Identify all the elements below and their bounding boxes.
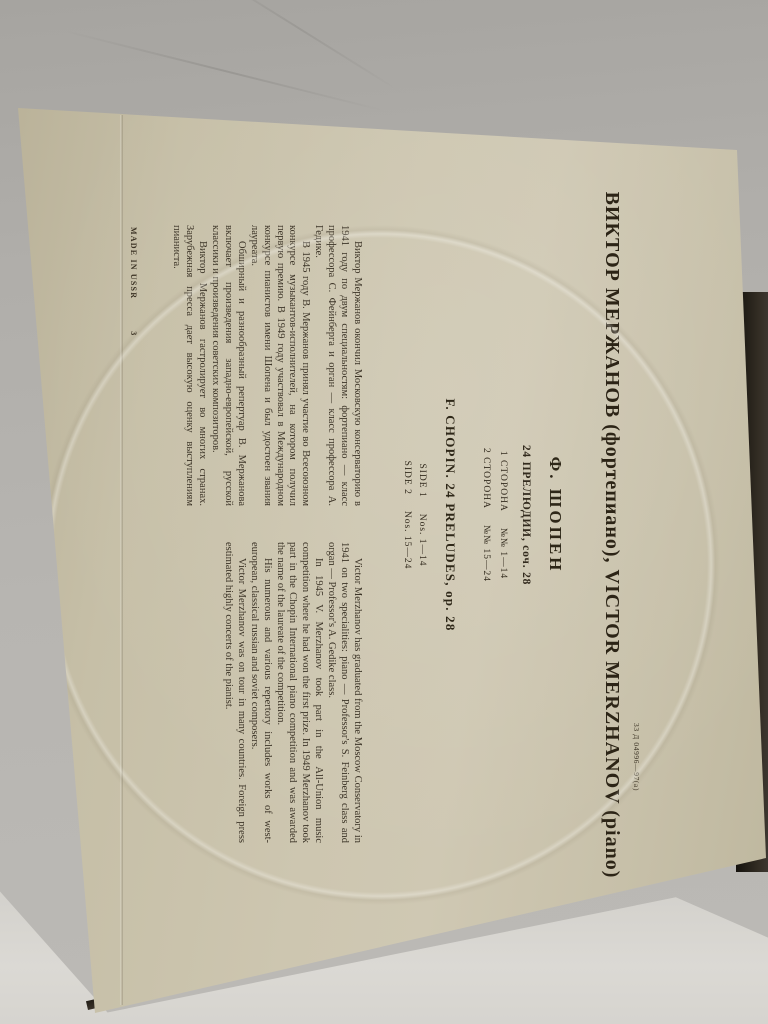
side1-row-russian: 1 СТОРОНА№№ 1—14 (498, 115, 508, 915)
made-in-ussr-imprint: MADE IN USSR3 (129, 227, 138, 336)
side1-label-russian: 1 СТОРОНА (498, 451, 508, 512)
liner-notes-paragraph: Victor Merzhanov was on tour in many cou… (221, 542, 247, 843)
side2-label-russian: 2 СТОРОНА (481, 448, 491, 509)
liner-notes-paragraph: His numerous and various repertory inclu… (247, 542, 273, 843)
background-crease (198, 0, 403, 93)
side2-label-english: SIDE 2 (402, 461, 412, 495)
liner-notes-english: Victor Merzhanov has graduated from the … (169, 542, 363, 843)
liner-notes: Виктор Мержанов окончил Московскую консе… (169, 225, 363, 843)
flap-fold-crease (120, 115, 123, 1005)
photo-of-record-sleeve: ВИКТОР МЕРЖАНОВ (фортепиано), VICTOR MER… (0, 0, 768, 1024)
side2-numbers-russian: №№ 15—24 (481, 525, 491, 582)
work-title-russian: 24 ПРЕЛЮДИИ, соч. 28 (520, 115, 532, 915)
side1-numbers-russian: №№ 1—14 (498, 528, 508, 579)
work-title-english: F. CHOPIN. 24 PRELUDES, op. 28 (442, 115, 458, 915)
liner-notes-paragraph: Victor Merzhanov has graduated from the … (324, 542, 363, 843)
side2-row-english: SIDE 2Nos. 15—24 (402, 115, 412, 915)
album-title: ВИКТОР МЕРЖАНОВ (фортепиано), VICTOR MER… (600, 115, 623, 955)
side1-numbers-english: Nos. 1—14 (417, 514, 427, 567)
background-crease (65, 30, 386, 112)
liner-notes-paragraph: In 1945 V. Merzhanov took part in the Al… (273, 542, 325, 843)
side2-row-russian: 2 СТОРОНА№№ 15—24 (481, 115, 491, 915)
spine-black-strip (22, 280, 31, 1005)
liner-notes-paragraph: Виктор Мержанов окончил Московскую консе… (311, 225, 363, 506)
liner-notes-paragraph: Виктор Мержанов гастролирует во многих с… (169, 225, 208, 506)
plant-code: 3 (129, 331, 138, 336)
composer-heading: Ф. ШОПЕН (545, 115, 565, 915)
side1-row-english: SIDE 1Nos. 1—14 (417, 115, 427, 915)
side2-numbers-english: Nos. 15—24 (402, 511, 412, 570)
catalog-number: 33 Д 04996—97(а) (632, 723, 641, 791)
liner-notes-paragraph: В 1945 году В. Мержанов принял участие в… (247, 225, 312, 506)
liner-notes-paragraph: Обширный и разнообразный репертуар В. Ме… (208, 225, 247, 506)
sleeve-rotated-content: ВИКТОР МЕРЖАНОВ (фортепиано), VICTOR MER… (22, 115, 735, 1005)
side1-label-english: SIDE 1 (417, 463, 427, 497)
made-in-ussr-label: MADE IN USSR (129, 227, 138, 299)
record-sleeve-back: ВИКТОР МЕРЖАНОВ (фортепиано), VICTOR MER… (0, 0, 768, 1024)
liner-notes-russian: Виктор Мержанов окончил Московскую консе… (169, 225, 363, 506)
